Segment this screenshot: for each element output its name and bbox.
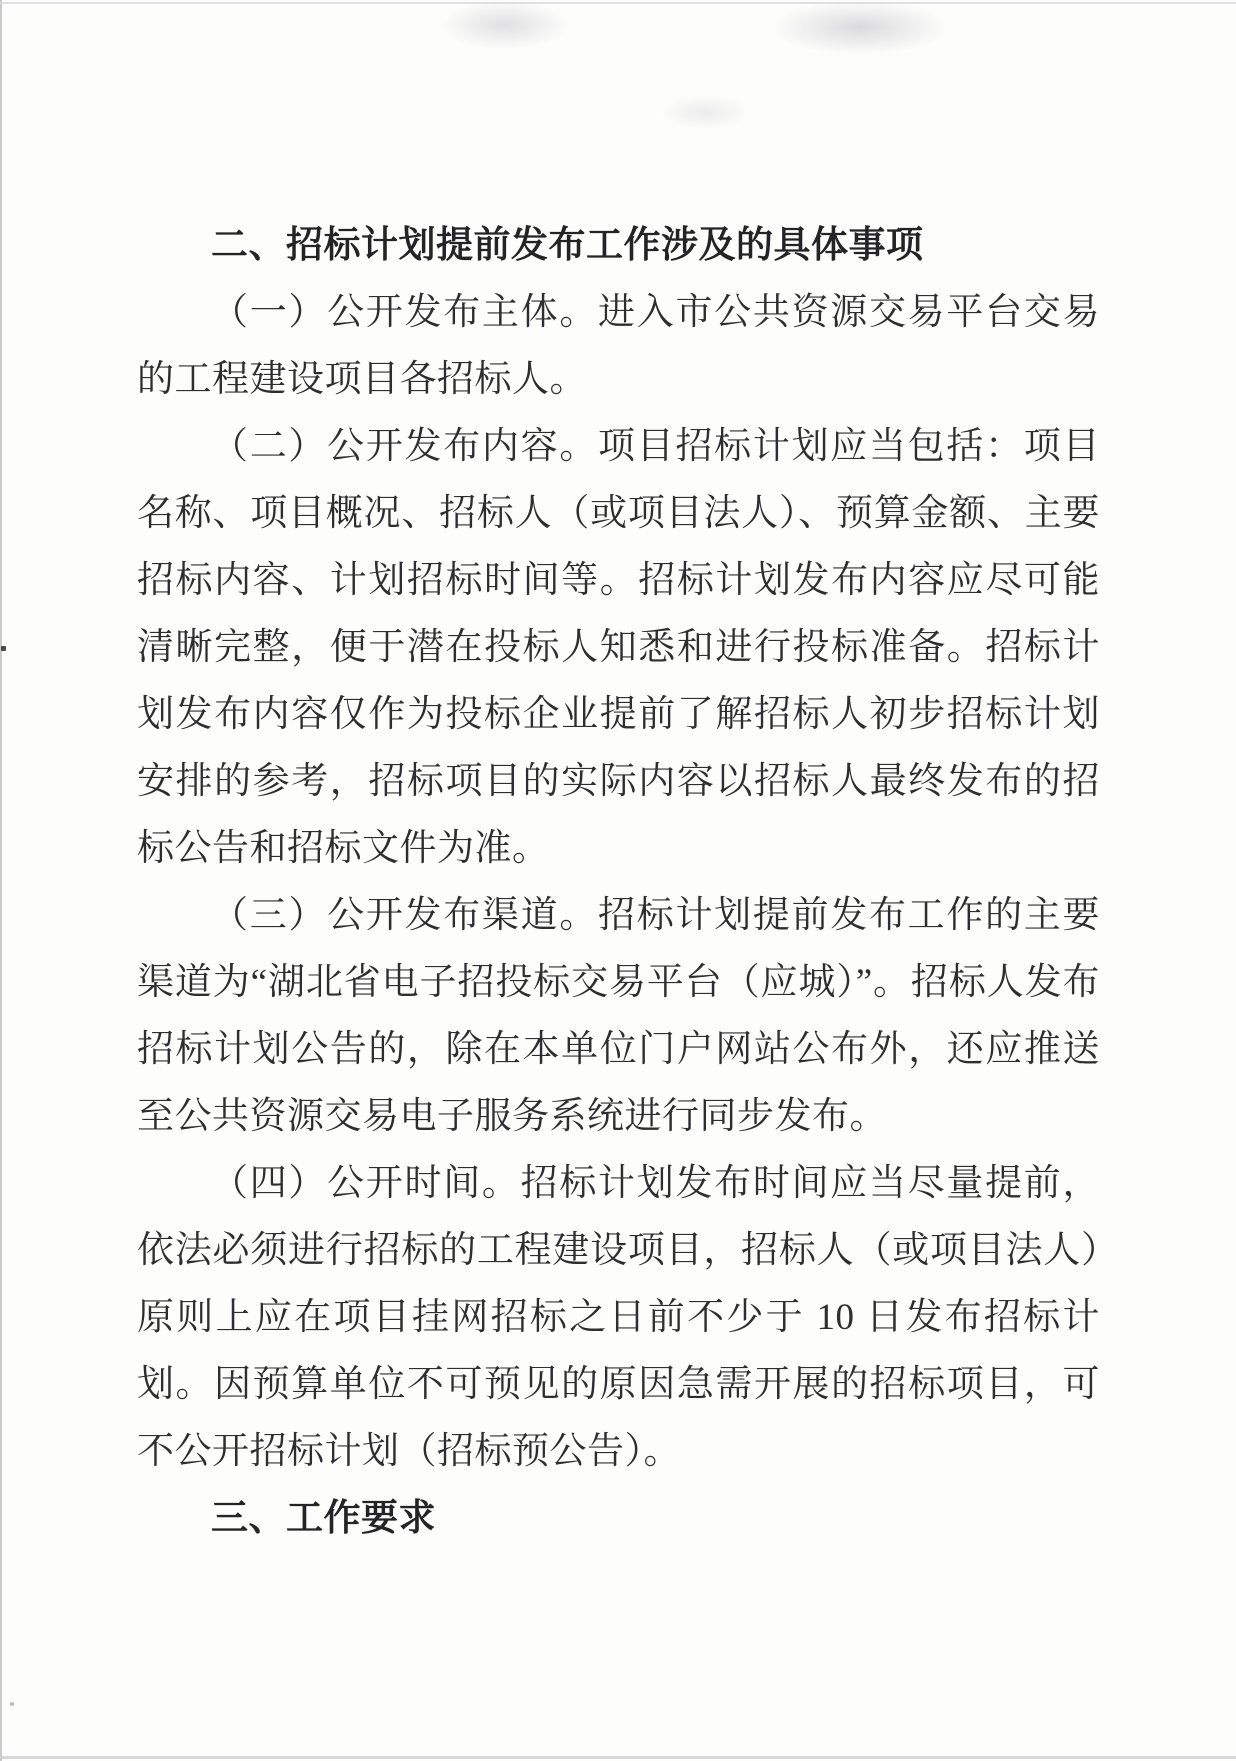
scan-edge-left (0, 0, 2, 1761)
paragraph-item-2: （二）公开发布内容。项目招标计划应当包括：项目名称、项目概况、招标人（或项目法人… (137, 413, 1100, 882)
section-heading-2: 二、招标计划提前发布工作涉及的具体事项 (137, 212, 1100, 279)
paragraph-item-1: （一）公开发布主体。进入市公共资源交易平台交易的工程建设项目各招标人。 (137, 279, 1100, 413)
section-heading-3: 三、工作要求 (137, 1485, 1100, 1552)
document-page: 二、招标计划提前发布工作涉及的具体事项 （一）公开发布主体。进入市公共资源交易平… (0, 0, 1236, 1761)
scan-edge-bottom (0, 1756, 1236, 1759)
paragraph-item-3: （三）公开发布渠道。招标计划提前发布工作的主要渠道为“湖北省电子招投标交易平台（… (137, 882, 1100, 1150)
scan-smudge (660, 95, 750, 130)
document-text-block: 二、招标计划提前发布工作涉及的具体事项 （一）公开发布主体。进入市公共资源交易平… (137, 212, 1100, 1552)
paragraph-item-4: （四）公开时间。招标计划发布时间应当尽量提前，依法必须进行招标的工程建设项目，招… (137, 1150, 1100, 1485)
scan-speck (10, 1702, 14, 1706)
scan-smudge (440, 0, 570, 50)
scan-smudge (770, 0, 950, 55)
scan-edge-top (0, 2, 1236, 4)
scan-speck (1, 646, 6, 651)
